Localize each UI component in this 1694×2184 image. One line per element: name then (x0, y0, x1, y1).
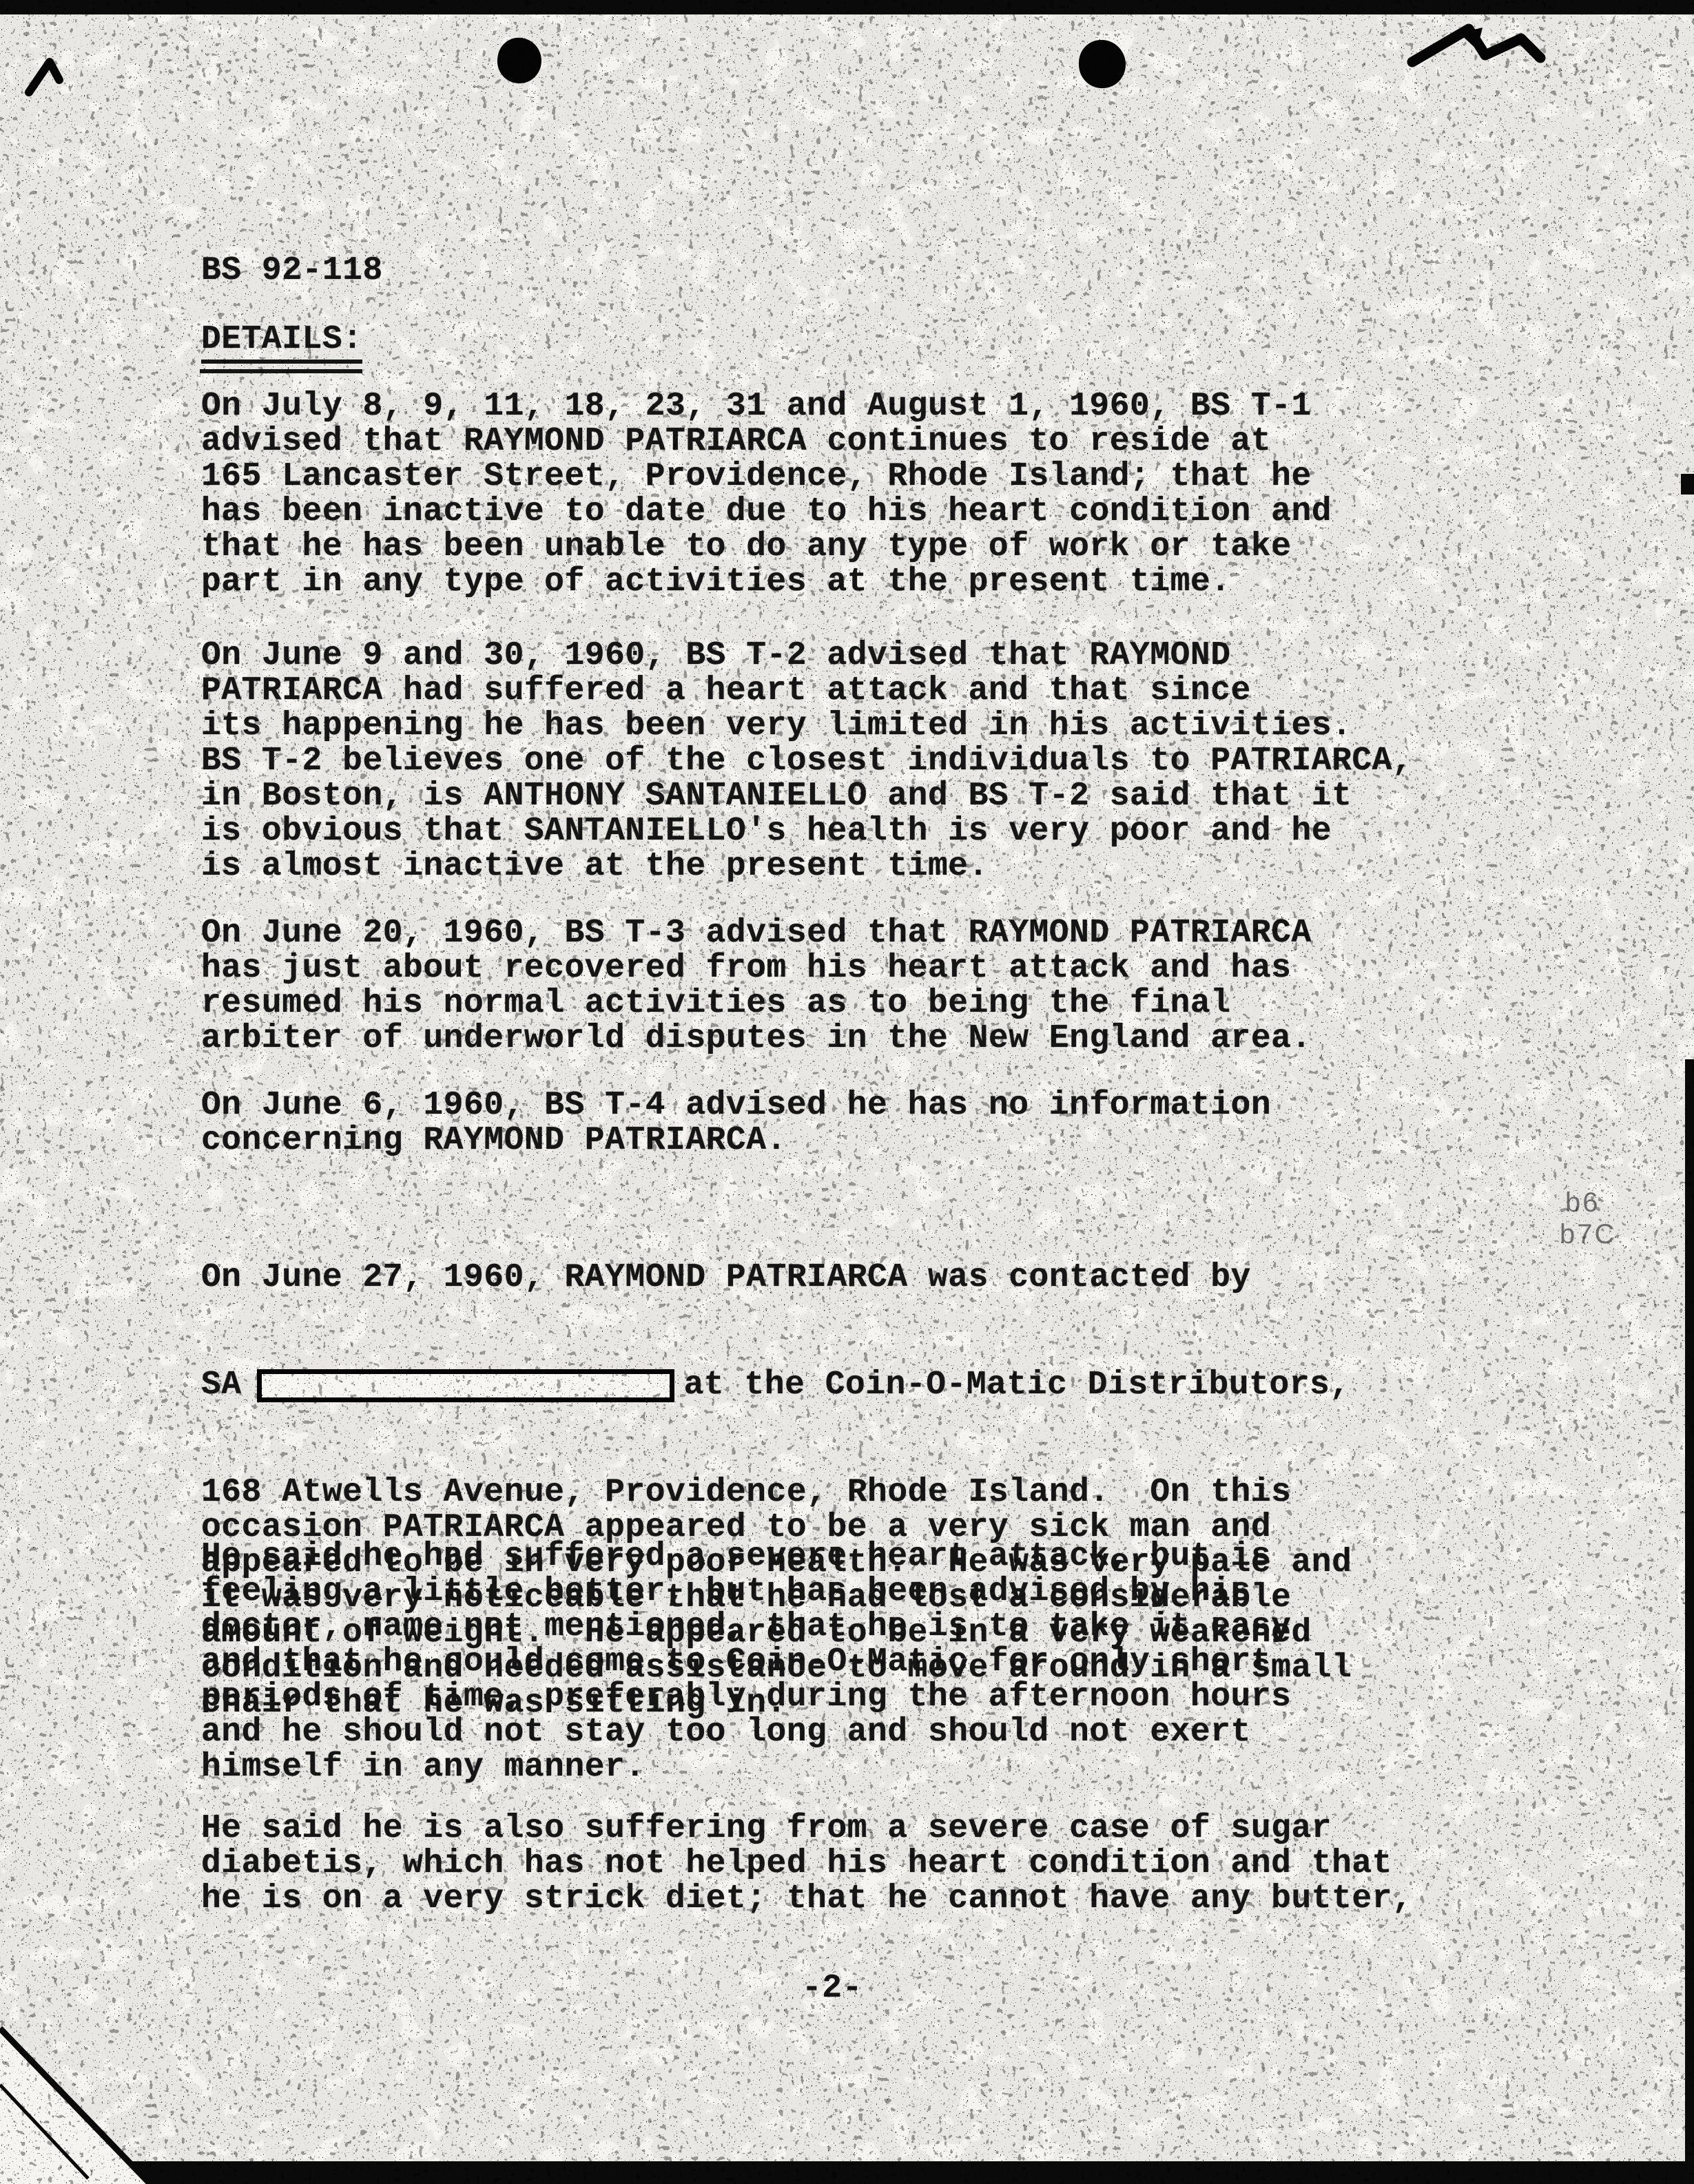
document-page: BS 92-118 DETAILS: On July 8, 9, 11, 18,… (0, 0, 1694, 2184)
sa-label: SA (201, 1368, 242, 1403)
right-edge-artifact (1685, 1059, 1694, 2184)
redaction-box (257, 1369, 674, 1402)
case-number: BS 92-118 (201, 253, 383, 289)
heading-double-underline (200, 369, 362, 373)
paragraph-6: He said he had suffered a severe heart a… (201, 1539, 1291, 1785)
hole-punch-icon (495, 35, 545, 86)
pen-mark-icon (19, 50, 81, 105)
paragraph-1: On July 8, 9, 11, 18, 23, 31 and August … (201, 389, 1332, 600)
paragraph-5-line-2-text: at the Coin-O-Matic Distributors, (684, 1368, 1350, 1403)
corner-fold-artifact (0, 2005, 165, 2184)
margin-mark-b6: b6 (1565, 1187, 1600, 1218)
right-edge-dash-artifact (1681, 474, 1694, 495)
paragraph-2: On June 9 and 30, 1960, BS T-2 advised t… (201, 638, 1412, 884)
paragraph-7: He said he is also suffering from a seve… (201, 1811, 1412, 1917)
paragraph-4: On June 6, 1960, BS T-4 advised he has n… (201, 1088, 1271, 1158)
page-number: -2- (802, 1971, 863, 2006)
hole-punch-icon (1079, 40, 1126, 88)
pen-mark-icon (1405, 18, 1550, 73)
paragraph-3: On June 20, 1960, BS T-3 advised that RA… (201, 916, 1312, 1057)
margin-mark-b7c: b7C (1560, 1219, 1616, 1249)
paragraph-5-line-1: On June 27, 1960, RAYMOND PATRIARCA was … (201, 1260, 1352, 1296)
details-heading-text: DETAILS: (201, 322, 362, 364)
bottom-edge-artifact (0, 2161, 1694, 2184)
paragraph-5-line-2: SAat the Coin-O-Matic Distributors, (201, 1366, 1352, 1405)
details-heading: DETAILS: (201, 322, 362, 364)
top-edge-artifact (0, 0, 1694, 14)
